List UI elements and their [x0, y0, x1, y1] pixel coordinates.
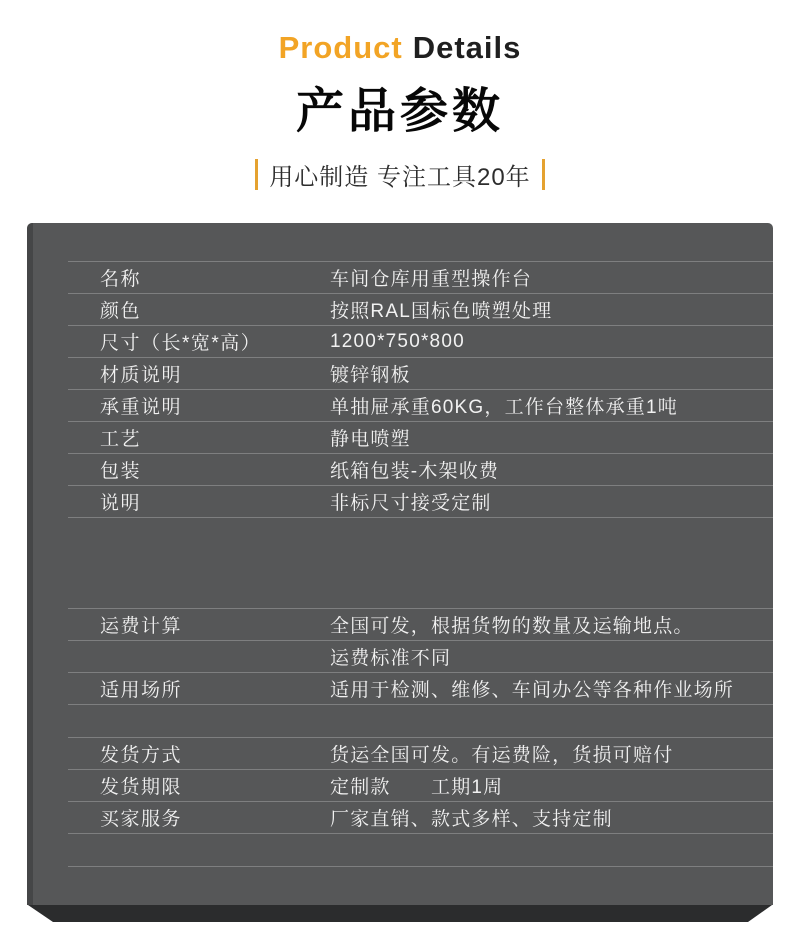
- spec-panel-face: 名称 车间仓库用重型操作台 颜色 按照RAL国标色喷塑处理 尺寸（长*宽*高） …: [27, 223, 773, 905]
- spec-row: 包装 纸箱包装-木架收费: [68, 453, 773, 485]
- spec-row: 尺寸（长*宽*高） 1200*750*800: [68, 325, 773, 357]
- spec-value: 单抽屉承重60KG，工作台整体承重1吨: [330, 392, 773, 419]
- spec-label: 材质说明: [68, 360, 330, 387]
- spec-value: 1200*750*800: [330, 331, 773, 353]
- header-subtitle: ProductDetails: [0, 30, 800, 66]
- spec-value: 全国可发，根据货物的数量及运输地点。: [330, 611, 773, 638]
- section-divider: [68, 866, 773, 867]
- spec-panel: 名称 车间仓库用重型操作台 颜色 按照RAL国标色喷塑处理 尺寸（长*宽*高） …: [27, 223, 773, 922]
- spec-row: 发货期限 定制款 工期1周: [68, 769, 773, 801]
- page-header: ProductDetails 产品参数 用心制造 专注工具20年: [0, 30, 800, 192]
- spec-table-top-padding: [68, 223, 773, 261]
- spec-label: 说明: [68, 488, 330, 515]
- section-gap: [68, 705, 773, 737]
- spec-label: 适用场所: [68, 675, 330, 702]
- tagline-bar-right: [542, 159, 545, 190]
- empty-row: [68, 834, 773, 866]
- subtitle-rest: Details: [413, 30, 522, 65]
- spec-row: 颜色 按照RAL国标色喷塑处理: [68, 293, 773, 325]
- spec-row: 名称 车间仓库用重型操作台: [68, 261, 773, 293]
- spec-label: 承重说明: [68, 392, 330, 419]
- spec-row: 材质说明 镀锌钢板: [68, 357, 773, 389]
- tagline-text: 用心制造 专注工具20年: [269, 157, 530, 192]
- spec-label: 买家服务: [68, 804, 330, 831]
- spec-label: 尺寸（长*宽*高）: [68, 328, 330, 355]
- spec-label: 工艺: [68, 424, 330, 451]
- spec-value: 镀锌钢板: [330, 360, 773, 387]
- spec-row: 适用场所 适用于检测、维修、车间办公等各种作业场所: [68, 672, 773, 704]
- spec-label: 发货期限: [68, 772, 330, 799]
- spec-value: 按照RAL国标色喷塑处理: [330, 296, 773, 323]
- page-title: 产品参数: [0, 72, 800, 141]
- tagline-bar-left: [255, 159, 258, 190]
- spec-value: 定制款 工期1周: [330, 772, 773, 799]
- spec-label: 颜色: [68, 296, 330, 323]
- spec-row: 运费标准不同: [68, 640, 773, 672]
- spec-panel-left-edge: [27, 223, 33, 905]
- section-gap: [68, 518, 773, 608]
- spec-row: 运费计算 全国可发，根据货物的数量及运输地点。: [68, 608, 773, 640]
- spec-label: 包装: [68, 456, 330, 483]
- subtitle-highlight: Product: [279, 30, 403, 65]
- spec-label: 名称: [68, 264, 330, 291]
- spec-value: 适用于检测、维修、车间办公等各种作业场所: [330, 675, 773, 702]
- spec-table: 名称 车间仓库用重型操作台 颜色 按照RAL国标色喷塑处理 尺寸（长*宽*高） …: [68, 223, 773, 867]
- spec-row: 发货方式 货运全国可发。有运费险，货损可赔付: [68, 737, 773, 769]
- tagline: 用心制造 专注工具20年: [0, 157, 800, 192]
- spec-label: 发货方式: [68, 740, 330, 767]
- spec-value: 纸箱包装-木架收费: [330, 456, 773, 483]
- spec-value: 货运全国可发。有运费险，货损可赔付: [330, 740, 773, 767]
- spec-value: 静电喷塑: [330, 424, 773, 451]
- spec-panel-bottom-bevel: [27, 905, 773, 922]
- spec-row: 工艺 静电喷塑: [68, 421, 773, 453]
- spec-value: 厂家直销、款式多样、支持定制: [330, 804, 773, 831]
- spec-label: 运费计算: [68, 611, 330, 638]
- spec-value: 运费标准不同: [330, 643, 773, 670]
- spec-row: 买家服务 厂家直销、款式多样、支持定制: [68, 801, 773, 833]
- spec-row: 承重说明 单抽屉承重60KG，工作台整体承重1吨: [68, 389, 773, 421]
- spec-value: 车间仓库用重型操作台: [330, 264, 773, 291]
- spec-row: 说明 非标尺寸接受定制: [68, 485, 773, 517]
- spec-value: 非标尺寸接受定制: [330, 488, 773, 515]
